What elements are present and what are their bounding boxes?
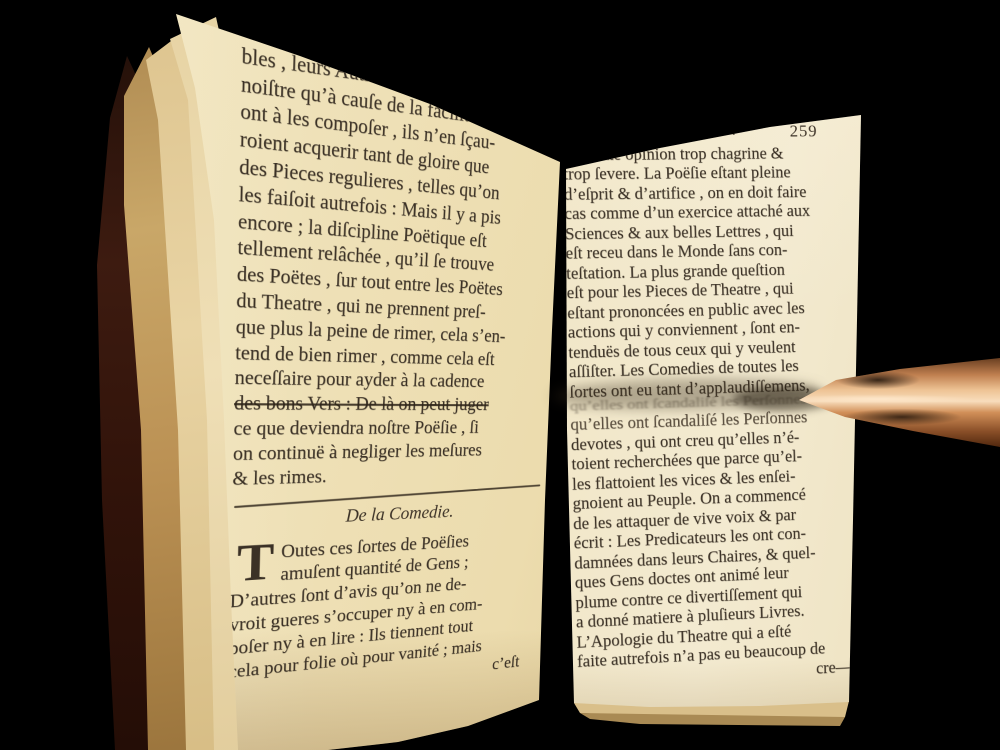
left-page-section-paragraph: Outes ces ſortes de Poëſiesamuſent quant…	[227, 526, 547, 707]
left-page-paragraph: bles , leurs Autheurs doivent recon-noiſ…	[232, 42, 579, 491]
text-line: des bons Vers : De là on peut juger	[234, 392, 557, 417]
running-header: De la Comedie.	[630, 120, 737, 140]
running-header: De la Poëſie &c.	[376, 31, 503, 77]
book-photo: 258 De la Poëſie &c. bles , leurs Autheu…	[0, 0, 1000, 750]
left-page-text: 258 De la Poëſie &c. bles , leurs Autheu…	[227, 9, 581, 707]
page-number: 259	[789, 121, 817, 140]
left-page-section: T Outes ces ſortes de Poëſiesamuſent qua…	[227, 526, 547, 707]
page-number: 258	[258, 13, 298, 47]
right-page-header: De la Comedie. 259	[562, 119, 859, 140]
drop-cap: T	[236, 538, 274, 586]
right-page-paragraph: c’eſt une opinion trop chagrine &trop ſe…	[563, 143, 874, 692]
text-line: c’eſt une opinion trop chagrine &	[563, 143, 860, 165]
